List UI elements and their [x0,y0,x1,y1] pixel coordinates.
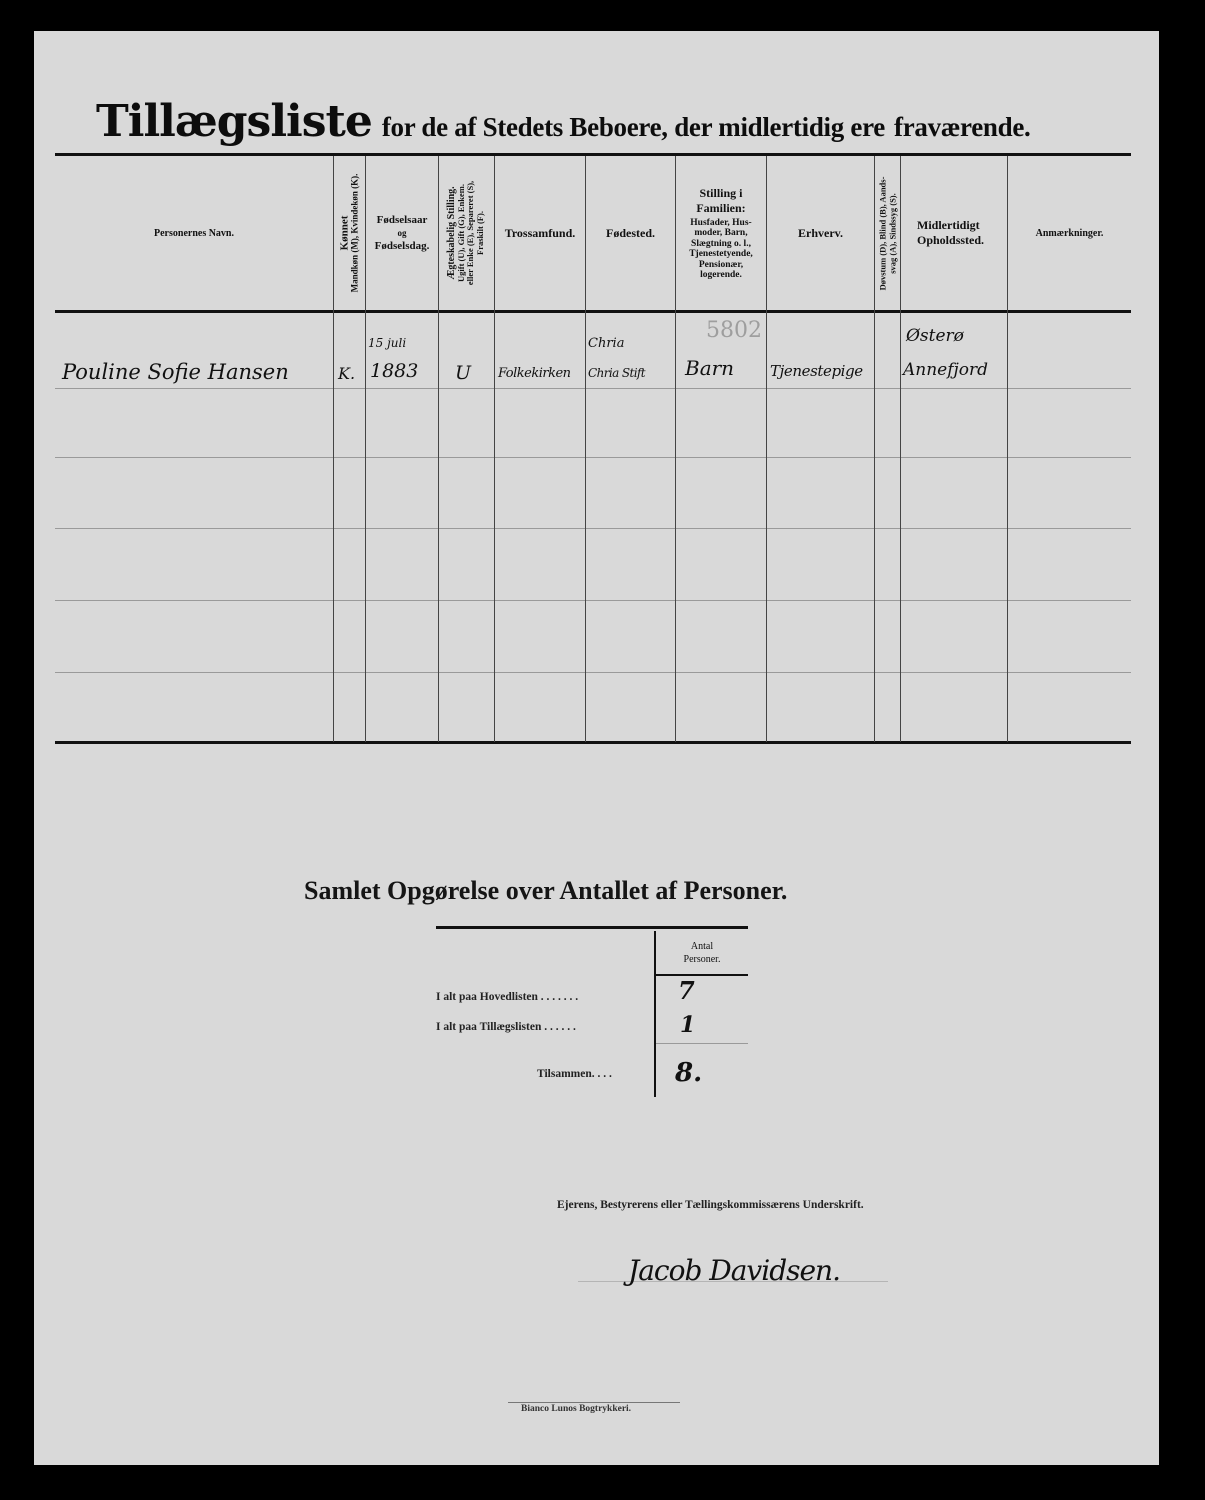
cell-birthplace-line1: Chria [588,336,624,351]
col-header-sex: Kønnet Mandkøn (M), Kvindekøn (K). [334,156,365,310]
cell-birth-day: 15 juli [368,336,406,350]
form-title-main: Tillægsliste [96,96,372,147]
table-bottom-rule [55,741,1131,744]
cell-family-position: Barn [685,356,734,380]
col-header-religion: Trossamfund. [495,156,585,310]
summary-row-label-supplement-list: I alt paa Tillægslisten . . . . . . [436,1021,576,1033]
summary-title: Samlet Opgørelse over Antallet af Person… [304,876,787,906]
summary-row-label-total: Tilsammen. . . . [537,1068,612,1080]
printer-imprint: Bianco Lunos Bogtrykkeri. [521,1404,631,1414]
summary-divider [654,931,656,1097]
col-header-birth: Fødselsaar og Fødselsdag. [366,156,438,310]
cell-occupation: Tjenestepige [770,362,863,380]
cell-name: Pouline Sofie Hansen [62,360,289,384]
row-separator [55,388,1131,389]
cell-temp-residence-line1: Østerø [906,326,964,346]
summary-row-label-main-list: I alt paa Hovedlisten . . . . . . . [436,991,578,1003]
table-header-bottom-rule [55,310,1131,313]
summary-total-rule [656,1043,748,1044]
signature-value: Jacob Davidsen. [628,1254,840,1287]
summary-header-rule [656,974,748,976]
summary-row-value-total: 8. [675,1058,702,1088]
col-header-occupation: Erhverv. [767,156,874,310]
cell-temp-residence-line2: Annefjord [903,360,988,380]
cell-annotation-code: 5802 [706,318,762,343]
col-header-birthplace: Fødested. [586,156,675,310]
row-separator [55,672,1131,673]
row-separator [55,528,1131,529]
cell-birthplace-line2: Chria Stift [588,366,645,380]
row-separator [55,600,1131,601]
cell-religion: Folkekirken [498,366,571,381]
form-title-rest: for de af Stedets Beboere, der midlertid… [382,112,885,142]
cell-sex: K. [338,364,355,383]
row-separator [55,457,1131,458]
form-title: Tillægslistefor de af Stedets Beboere, d… [96,96,1030,147]
form-title-emph: fraværende. [894,112,1030,142]
signature-label: Ejerens, Bestyrerens eller Tællingskommi… [557,1199,864,1211]
cell-birth-year: 1883 [370,360,418,382]
col-header-remarks: Anmærkninger. [1008,156,1131,310]
col-header-marital: Ægteskabelig Stilling. Ugift (U), Gift (… [439,156,494,310]
col-header-disability: Døvstum (D), Blind (B), Aands- svag (A),… [875,156,900,310]
col-header-temp-residence: Midlertidigt Opholdssted. [901,156,1007,310]
summary-row-value-supplement-list: 1 [680,1012,695,1038]
printer-rule [508,1402,680,1403]
summary-row-value-main-list: 7 [678,976,695,1005]
col-header-name: Personernes Navn. [55,156,333,310]
summary-col-header: Antal Personer. [657,932,747,974]
cell-marital: U [455,362,471,384]
summary-top-rule [436,926,748,929]
col-header-family-position: Stilling i Familien: Husfader, Hus- mode… [676,156,766,310]
